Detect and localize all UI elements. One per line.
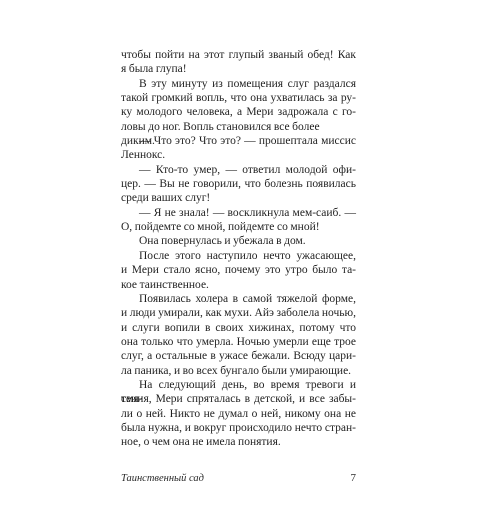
- running-title: Таинственный сад: [121, 473, 204, 484]
- text-line: ное, о чем она не имела понятия.: [121, 435, 356, 449]
- text-line: кое таинственное.: [121, 278, 356, 292]
- text-line: слуг, а остальные в ужасе бежали. Всюду …: [121, 349, 356, 363]
- text-line: На следующий день, во время тревоги и см…: [121, 378, 356, 392]
- text-line: ла паника, и во всех бунгало были умираю…: [121, 364, 356, 378]
- text-line: цер. — Вы не говорили, что болезнь появи…: [121, 177, 356, 191]
- text-line: я была глупа!: [121, 62, 356, 76]
- text-line: была нужна, и вокруг происходило нечто с…: [121, 421, 356, 435]
- page-number: 7: [351, 472, 357, 484]
- text-line: Леннокс.: [121, 148, 356, 162]
- text-line: и слуги вопили в своих хижинах, потому ч…: [121, 321, 356, 335]
- text-line: — Кто-то умер, — ответил молодой офи-: [121, 163, 356, 177]
- text-line: Она повернулась и убежала в дом.: [121, 234, 356, 248]
- page-footer: Таинственный сад 7: [121, 472, 356, 484]
- text-line: чтобы пойти на этот глупый званый обед! …: [121, 48, 356, 62]
- text-line: и люди умирали, как мухи. Айэ заболела н…: [121, 306, 356, 320]
- book-page: чтобы пойти на этот глупый званый обед! …: [0, 0, 500, 532]
- text-line: О, пойдемте со мной, пойдемте со мной!: [121, 220, 356, 234]
- text-line: ловы до ног. Вопль становился все более …: [121, 120, 356, 134]
- text-line: — Что это? Что это? — прошептала миссис: [121, 134, 356, 148]
- text-line: такой громкий вопль, что она ухватилась …: [121, 91, 356, 105]
- text-line: ку молодого человека, а Мери задрожала с…: [121, 105, 356, 119]
- text-line: — Я не знала! — воскликнула мем-саиб. —: [121, 206, 356, 220]
- text-line: она только что умерла. Ночью умерли еще …: [121, 335, 356, 349]
- text-line: тения, Мери спряталась в детской, и все …: [121, 392, 356, 406]
- text-line: В эту минуту из помещения слуг раздался: [121, 77, 356, 91]
- text-line: среди ваших слуг!: [121, 191, 356, 205]
- page-text: чтобы пойти на этот глупый званый обед! …: [121, 48, 356, 450]
- text-line: Появилась холера в самой тяжелой форме,: [121, 292, 356, 306]
- text-line: ли о ней. Никто не думал о ней, никому о…: [121, 407, 356, 421]
- text-line: После этого наступило нечто ужасающее,: [121, 249, 356, 263]
- text-line: и Мери стало ясно, почему это утро было …: [121, 263, 356, 277]
